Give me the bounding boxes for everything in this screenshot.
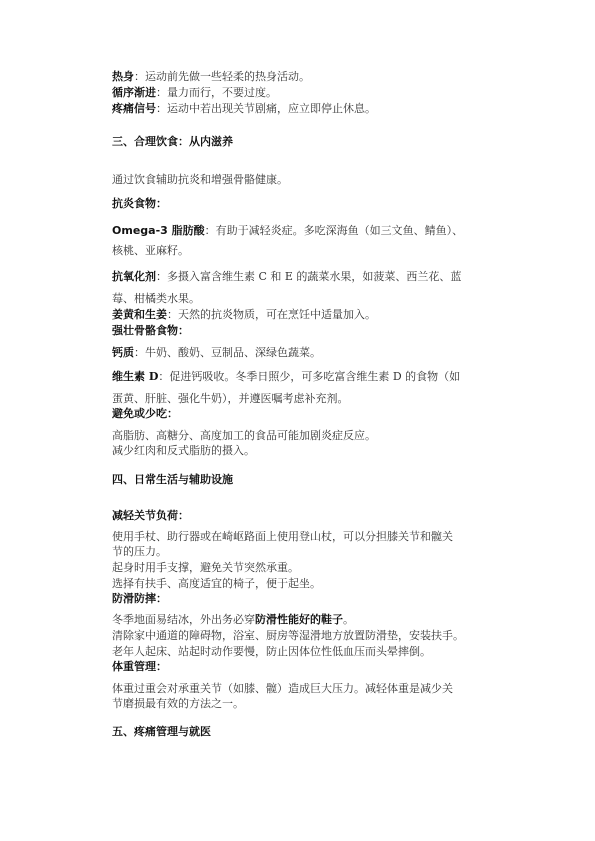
- anti-slip-line: 老年人起床、站起时动作要慢，防止因体位性低血压而头晕摔倒。: [112, 645, 431, 659]
- separator: ：: [156, 102, 167, 115]
- pain-signal-item: 疼痛信号：运动中若出现关节剧痛，应立即停止休息。: [112, 102, 376, 116]
- anti-slip-line: 冬季地面易结冰，外出务必穿防滑性能好的鞋子。: [112, 613, 354, 627]
- anti-slip-title: 防滑防摔：: [112, 592, 167, 606]
- item-label: 维生素 D: [112, 370, 158, 383]
- item-text: 运动前先做一些轻柔的热身活动。: [145, 70, 310, 83]
- turmeric-item: 姜黄和生姜：天然的抗炎物质，可在烹饪中适量加入。: [112, 308, 376, 322]
- antioxidant-item-cont: 莓、柑橘类水果。: [112, 292, 200, 306]
- weight-line: 体重过重会对承重关节（如膝、髋）造成巨大压力。减轻体重是减少关: [112, 682, 453, 696]
- warmup-item: 热身：运动前先做一些轻柔的热身活动。: [112, 70, 310, 84]
- item-text: 量力而行，不要过度。: [167, 86, 277, 99]
- emphasis-text: 防滑性能好的鞋子: [255, 613, 343, 626]
- joint-load-line: 起身时用手支撑，避免关节突然承重。: [112, 561, 299, 575]
- anti-inflammatory-title: 抗炎食物：: [112, 197, 167, 211]
- separator: ：: [205, 224, 216, 237]
- item-text: 牛奶、酸奶、豆制品、深绿色蔬菜。: [145, 346, 321, 359]
- section5-heading: 五、疼痛管理与就医: [112, 725, 211, 739]
- joint-load-line: 使用手杖、助行器或在崎岖路面上使用登山杖，可以分担膝关节和髋关: [112, 530, 453, 544]
- anti-slip-line: 清除家中通道的障碍物，浴室、厨房等湿滑地方放置防滑垫，安装扶手。: [112, 629, 464, 643]
- item-text: 运动中若出现关节剧痛，应立即停止休息。: [167, 102, 376, 115]
- joint-load-line: 选择有扶手、高度适宜的椅子，便于起坐。: [112, 577, 321, 591]
- item-text: 有助于减轻炎症。多吃深海鱼（如三文鱼、鲭鱼）、: [216, 224, 464, 237]
- item-label: 钙质: [112, 346, 134, 359]
- separator: ：: [167, 308, 178, 321]
- bone-foods-title: 强壮骨骼食物：: [112, 324, 189, 338]
- vitamin-d-item: 维生素 D：促进钙吸收。冬季日照少，可多吃富含维生素 D 的食物（如: [112, 370, 460, 384]
- item-text: 促进钙吸收。冬季日照少，可多吃富含维生素 D 的食物（如: [169, 370, 460, 383]
- separator: ：: [156, 270, 167, 283]
- item-label: 疼痛信号: [112, 102, 156, 115]
- omega3-item-cont: 核桃、亚麻籽。: [112, 244, 189, 258]
- item-label: Omega-3 脂肪酸: [112, 224, 205, 237]
- section4-heading: 四、日常生活与辅助设施: [112, 473, 233, 487]
- section3-heading: 三、合理饮食：从内滋养: [112, 135, 233, 149]
- omega3-item: Omega-3 脂肪酸：有助于减轻炎症。多吃深海鱼（如三文鱼、鲭鱼）、: [112, 224, 463, 238]
- section3-intro: 通过饮食辅助抗炎和增强骨骼健康。: [112, 173, 288, 187]
- calcium-item: 钙质：牛奶、酸奶、豆制品、深绿色蔬菜。: [112, 346, 321, 360]
- avoid-line: 减少红肉和反式脂肪的摄入。: [112, 444, 255, 458]
- joint-load-title: 减轻关节负荷：: [112, 509, 189, 523]
- separator: ：: [156, 86, 167, 99]
- weight-title: 体重管理：: [112, 660, 167, 674]
- item-text: 天然的抗炎物质，可在烹饪中适量加入。: [178, 308, 376, 321]
- separator: ：: [158, 370, 169, 383]
- avoid-line: 高脂肪、高糖分、高度加工的食品可能加剧炎症反应。: [112, 429, 376, 443]
- line-text: 冬季地面易结冰，外出务必穿: [112, 613, 255, 626]
- item-label: 姜黄和生姜: [112, 308, 167, 321]
- item-label: 热身: [112, 70, 134, 83]
- item-text: 多摄入富含维生素 C 和 E 的蔬菜水果，如菠菜、西兰花、蓝: [167, 270, 461, 283]
- antioxidant-item: 抗氧化剂：多摄入富含维生素 C 和 E 的蔬菜水果，如菠菜、西兰花、蓝: [112, 270, 461, 284]
- line-text: 。: [343, 613, 354, 626]
- item-label: 循序渐进: [112, 86, 156, 99]
- separator: ：: [134, 346, 145, 359]
- avoid-title: 避免或少吃：: [112, 407, 178, 421]
- weight-line: 节磨损最有效的方法之一。: [112, 697, 244, 711]
- joint-load-line: 节的压力。: [112, 545, 167, 559]
- vitamin-d-item-cont: 蛋黄、肝脏、强化牛奶），并遵医嘱考虑补充剂。: [112, 392, 349, 406]
- gradual-item: 循序渐进：量力而行，不要过度。: [112, 86, 277, 100]
- item-label: 抗氧化剂: [112, 270, 156, 283]
- separator: ：: [134, 70, 145, 83]
